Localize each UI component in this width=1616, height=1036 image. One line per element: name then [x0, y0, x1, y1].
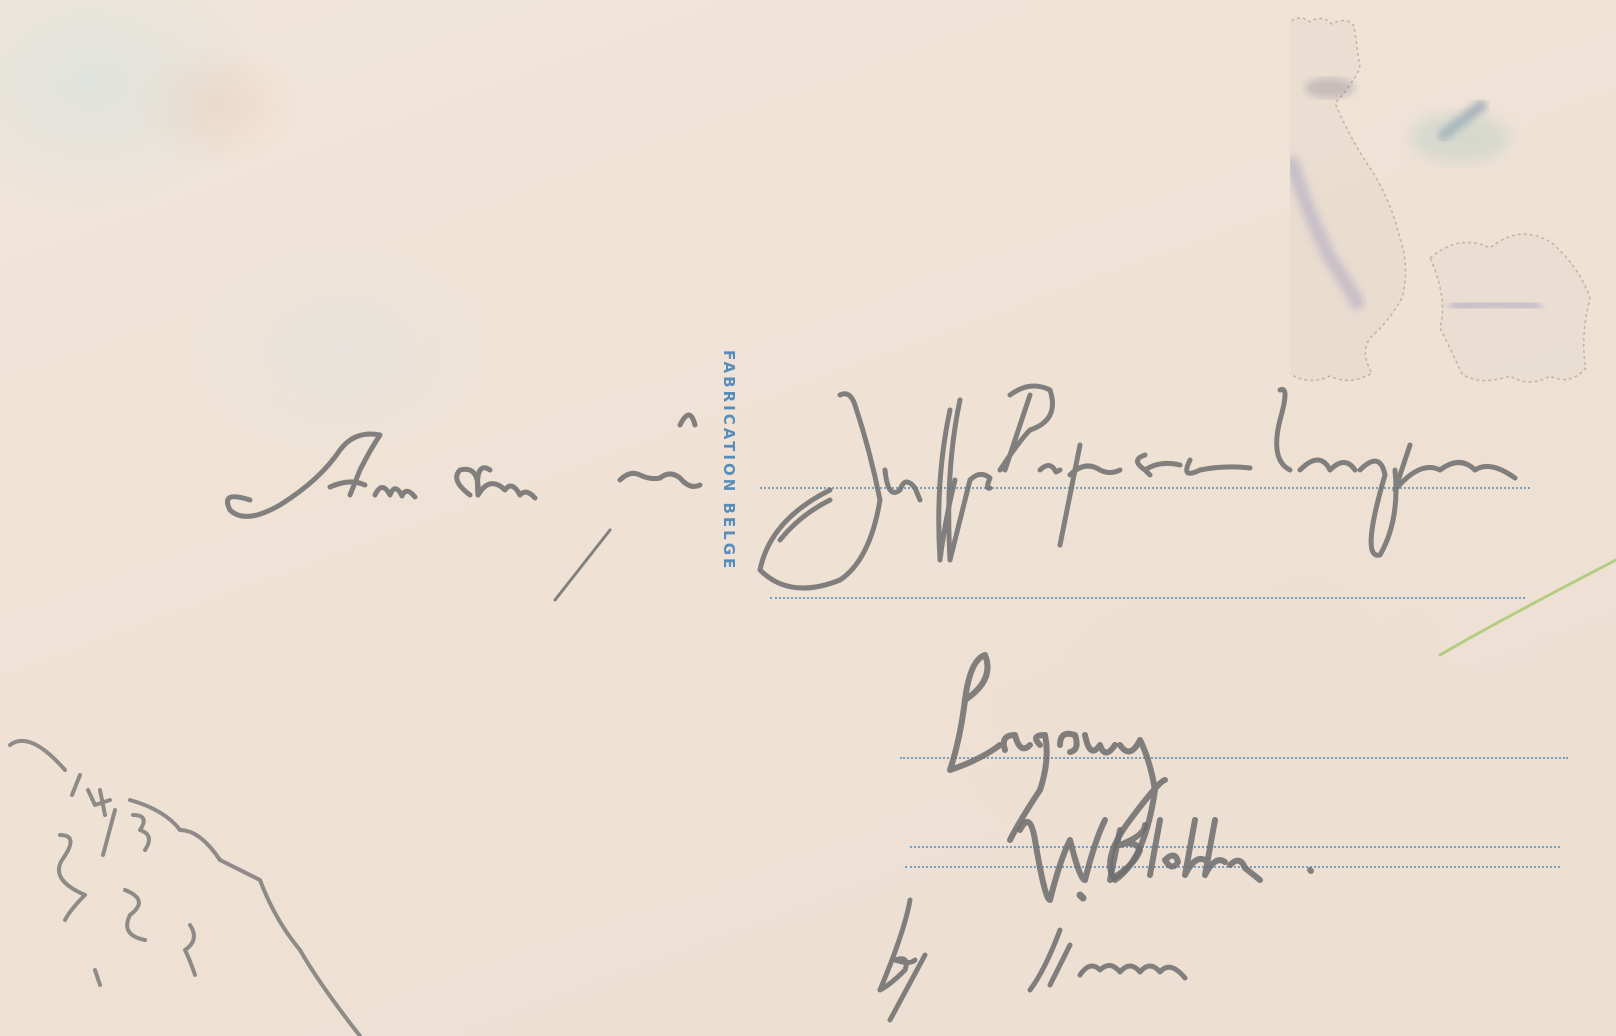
green-pencil-mark — [1440, 560, 1616, 655]
address-line-1 — [760, 487, 1530, 489]
address-line-4 — [910, 846, 1560, 848]
address-line-3 — [900, 757, 1568, 759]
handwriting-margin-notes — [10, 741, 360, 1036]
address-line-2 — [770, 597, 1525, 599]
address-line-5 — [905, 866, 1560, 868]
handwriting-town — [880, 900, 1185, 1020]
handwriting-salutation — [228, 415, 701, 600]
handwriting-care-of — [1020, 820, 1311, 900]
printer-imprint: FABRICATION BELGE — [720, 350, 738, 571]
postcard-back: FABRICATION BELGE — [0, 0, 1616, 1036]
stamp-residue — [1290, 8, 1616, 393]
